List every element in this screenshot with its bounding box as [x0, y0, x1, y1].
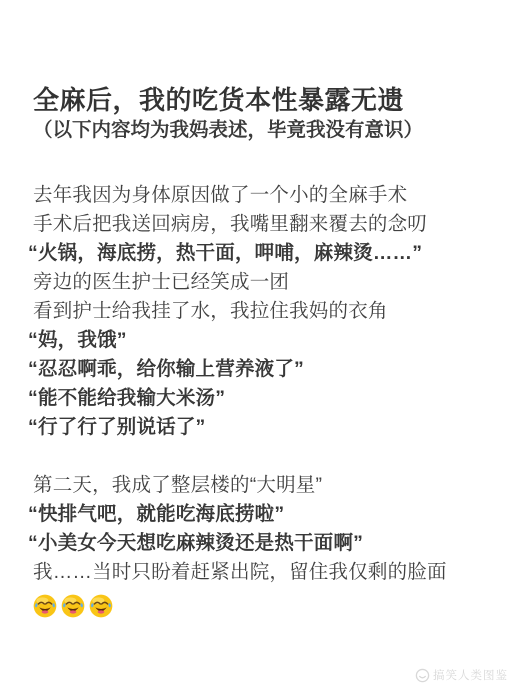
story-line: 看到护士给我挂了水，我拉住我妈的衣角	[33, 297, 498, 326]
story-line: 旁边的医生护士已经笑成一团	[33, 268, 498, 297]
post-page: 全麻后，我的吃货本性暴露无遗 （以下内容均为我妈表述，毕竟我没有意识） 去年我因…	[0, 0, 518, 691]
emoji-row	[33, 594, 498, 618]
story-line-quote: “火锅，海底捞，热干面，呷哺，麻辣烫……”	[28, 239, 498, 268]
watermark-text: 搞笑人类图鉴	[433, 667, 508, 683]
watermark: 搞笑人类图鉴	[415, 667, 508, 683]
post-title: 全麻后，我的吃货本性暴露无遗	[33, 83, 498, 117]
story-line: 手术后把我送回病房，我嘴里翻来覆去的念叨	[33, 210, 498, 239]
story-line-quote: “忍忍啊乖，给你输上营养液了”	[28, 355, 498, 384]
story-line-quote: “快排气吧，就能吃海底捞啦”	[28, 500, 498, 529]
story-line: 我……当时只盼着赶紧出院，留住我仅剩的脸面	[33, 558, 498, 587]
story-line: 去年我因为身体原因做了一个小的全麻手术	[33, 181, 498, 210]
story-line-quote: “妈，我饿”	[28, 326, 498, 355]
story-line-quote: “小美女今天想吃麻辣烫还是热干面啊”	[28, 529, 498, 558]
story-line-quote: “行了行了别说话了”	[28, 413, 498, 442]
watermark-logo-icon	[415, 668, 430, 683]
post-subtitle: （以下内容均为我妈表述，毕竟我没有意识）	[33, 117, 498, 143]
face-with-tears-of-joy-emoji	[33, 594, 57, 618]
story-body: 去年我因为身体原因做了一个小的全麻手术 手术后把我送回病房，我嘴里翻来覆去的念叨…	[33, 181, 498, 587]
story-line: 第二天，我成了整层楼的“大明星”	[33, 471, 498, 500]
story-line-quote: “能不能给我输大米汤”	[28, 384, 498, 413]
face-with-tears-of-joy-emoji	[89, 594, 113, 618]
face-with-tears-of-joy-emoji	[61, 594, 85, 618]
